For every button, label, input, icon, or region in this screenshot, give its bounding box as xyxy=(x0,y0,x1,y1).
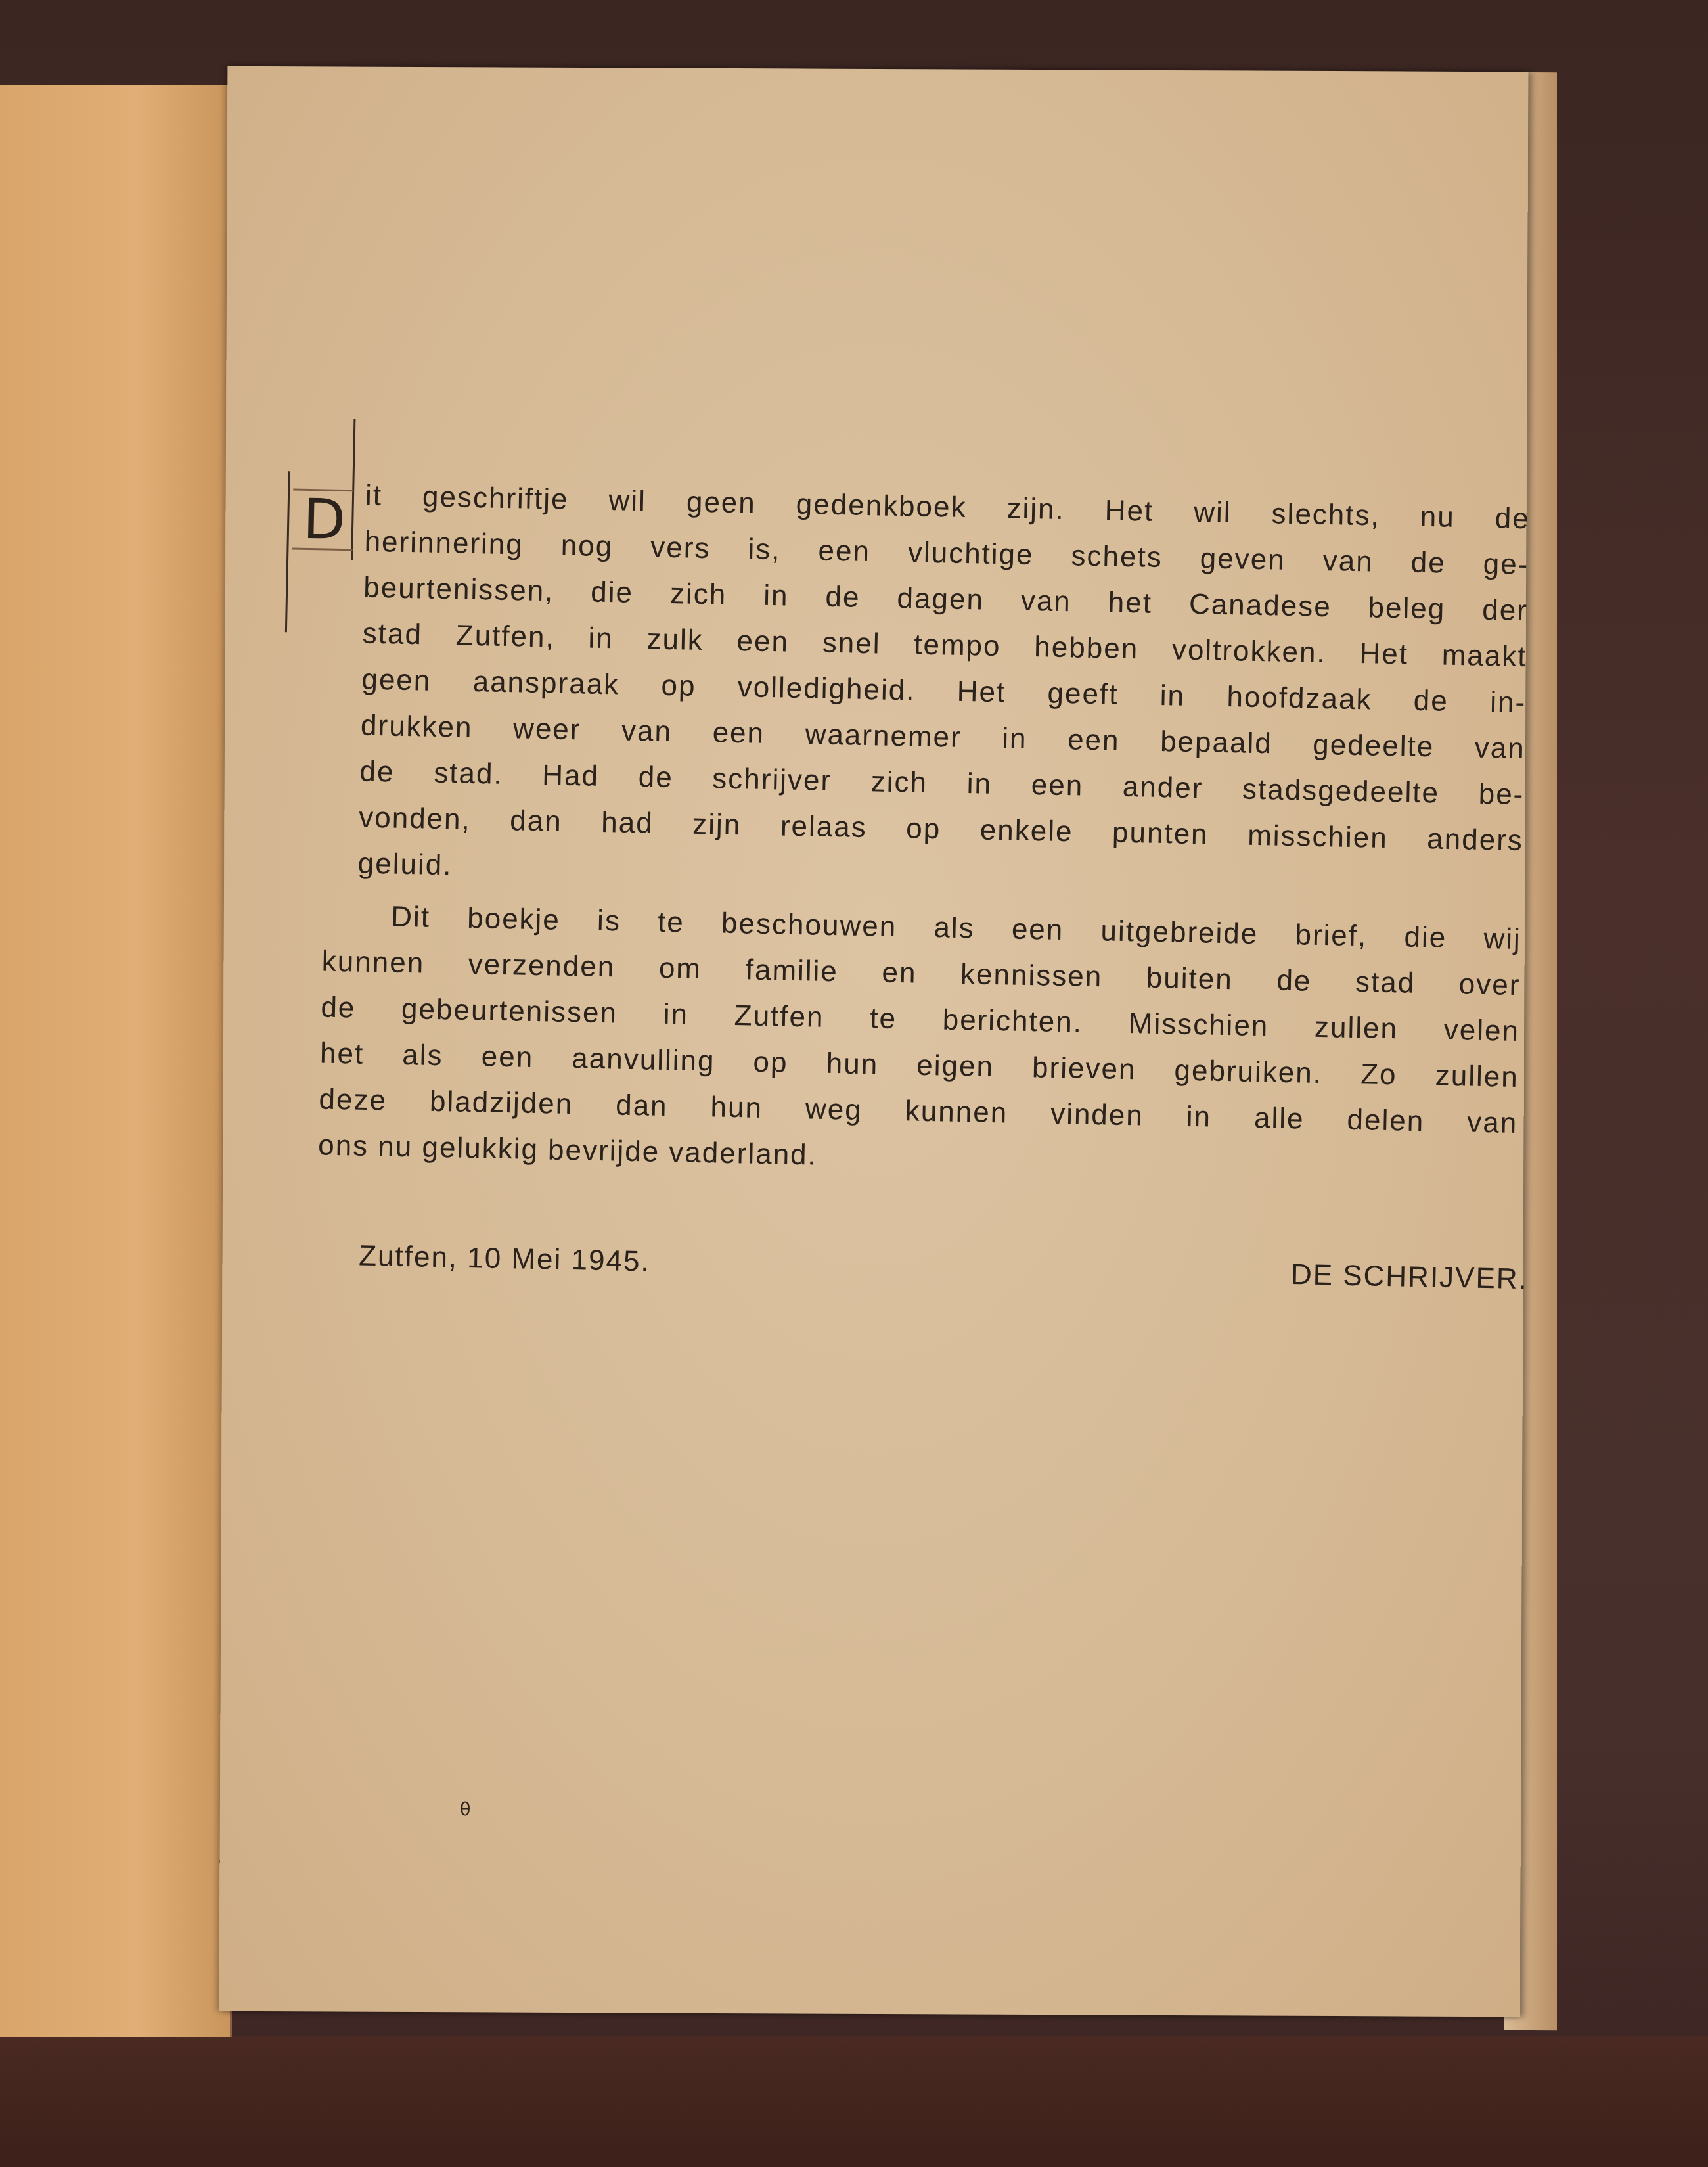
place-date: Zutfen, 10 Mei 1945. xyxy=(359,1240,651,1279)
book-page: D it geschriftje wil geen gedenkboek zij… xyxy=(219,66,1529,2017)
preface-text: D it geschriftje wil geen gedenkboek zij… xyxy=(351,473,1530,1193)
signature: DE SCHRIJVER. xyxy=(1290,1258,1528,1296)
drop-cap: D xyxy=(302,491,347,547)
paragraph-1: it geschriftje wil geen gedenkboek zijn.… xyxy=(357,473,1530,910)
closing-row: Zutfen, 10 Mei 1945. DE SCHRIJVER. xyxy=(358,1240,1528,1323)
paragraph-2: Dit boekje is te beschouwen als een uitg… xyxy=(351,893,1521,1192)
rule-vertical-left xyxy=(285,471,290,632)
left-page-cover xyxy=(0,85,232,2037)
drop-cap-frame: D xyxy=(285,417,367,629)
printer-signature-mark: θ xyxy=(460,1798,471,1821)
wooden-table xyxy=(0,2036,1708,2167)
